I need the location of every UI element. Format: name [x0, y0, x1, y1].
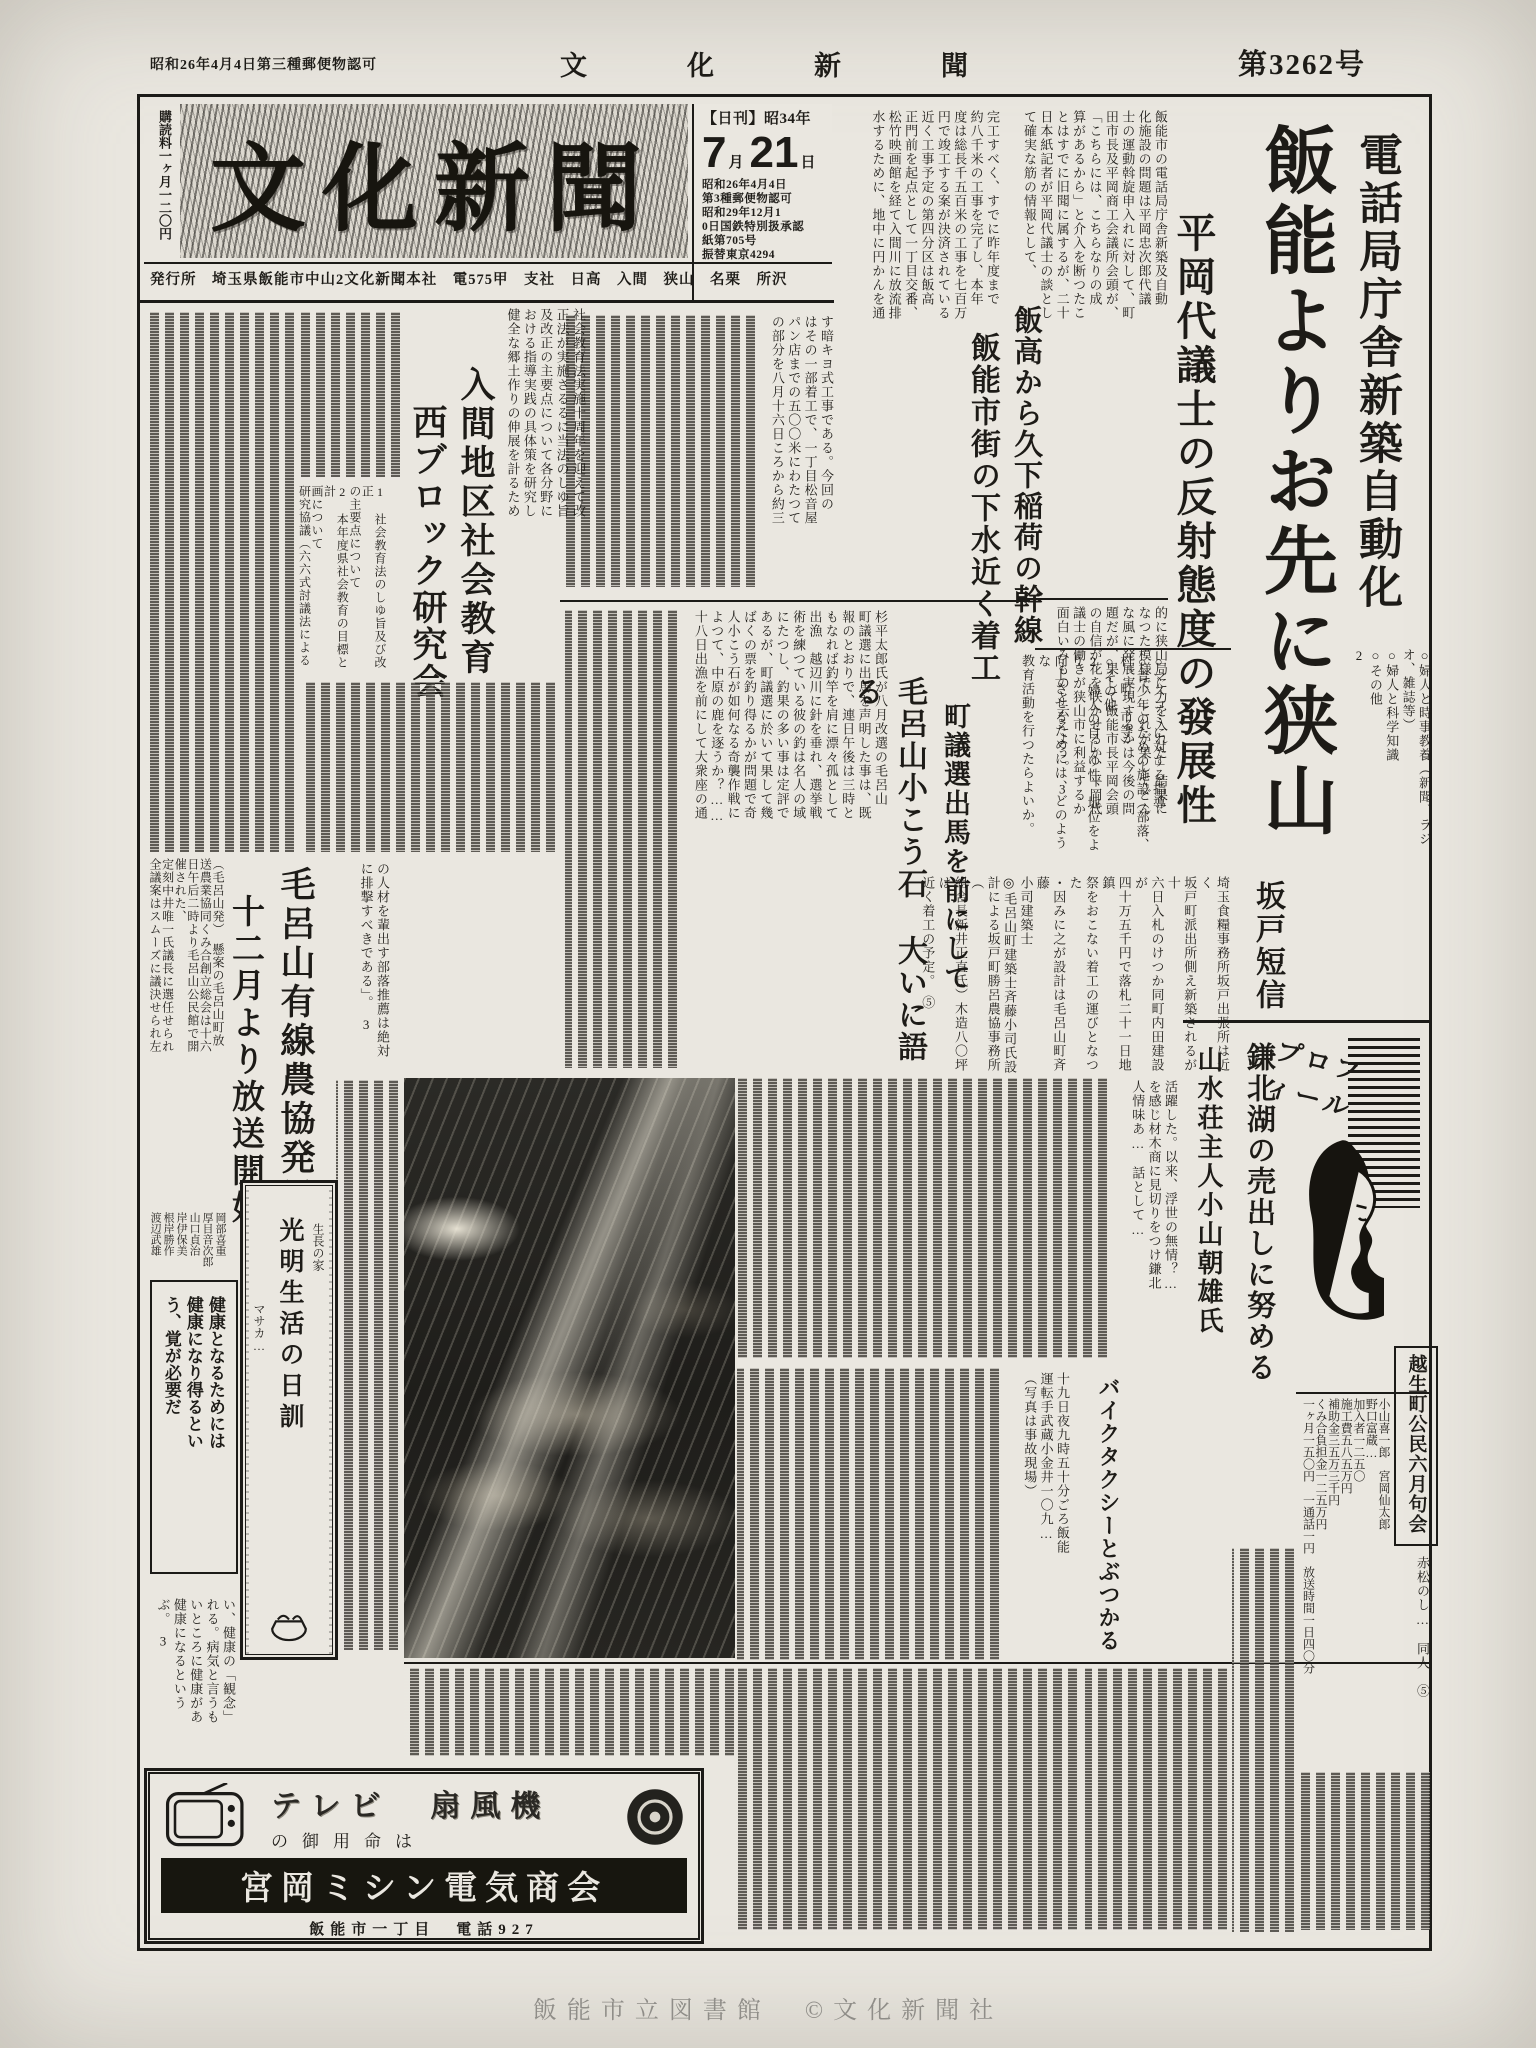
masthead-logo-text: 文化新聞 [210, 113, 658, 250]
ad-top-row: テレビ 扇風機 の御用命は [161, 1781, 687, 1852]
kenko-title: 健康となるためには 健康になり得るとい う、覚が必要だ [158, 1296, 226, 1556]
fine-print-columns [1232, 1548, 1294, 1932]
sakado-headline: 坂戸短信 [1243, 880, 1289, 1020]
lead-kicker: 電話局庁舎新築自動化 [1352, 132, 1408, 637]
komyo-seikatsu-box: 光明生活の日訓 生長の家 マサカ… [240, 1180, 338, 1660]
issue-date: 7 月 21 日 [702, 128, 824, 178]
fine-print-columns [1085, 1668, 1227, 1930]
publisher-line: 発行所 埼玉県飯能市中山2文化新聞本社 電575甲 支社 日高 入間 狭山 名栗… [150, 268, 834, 294]
kenko-fragments: い、健康の「観念」 れる。病気と言うも いところに健康があ 健康になるという ぶ… [150, 1598, 236, 1758]
ad-address: 飯能市一丁目 電話927 [161, 1918, 687, 1939]
fine-print-columns [336, 1080, 398, 1650]
kenkyukai-agenda-right: ○婦人と時事教養（新聞、ラジ オ、雑誌等） ○婦人と科学知識 ○その他 2 [1348, 648, 1432, 1020]
daily-label: 【日刊】昭34年 [702, 110, 824, 128]
ad-slogan: の御用命は [271, 1827, 550, 1852]
kenkyukai-agenda: 1 社会教育法のしゆ旨及び改正 の主要点について 2 本年度県社会教育の目標と計… [298, 485, 386, 673]
tv-illustration [161, 1783, 257, 1851]
woman-profile-illustration [1274, 1128, 1424, 1328]
registration-notes: 昭和26年4月4日 第3種郵便物認可 昭和29年12月1 0日国鉄特別扱承認 紙… [702, 178, 824, 262]
accident-scene-photo [404, 1078, 735, 1658]
kenkyukai-headline-1: 入間地区社会教育 [452, 366, 500, 704]
bike-body-fragments: 十九日夜九時五十分ごろ飯能 運転手武蔵小金井一〇九… （写真は事故現場） [1012, 1372, 1070, 1662]
sewer-body: 完工すべく、すでに昨年度まで 約八千米の工事を完了し、本年 度は総長千五百米の工… [840, 110, 1000, 592]
fine-print-columns [300, 682, 555, 852]
fine-print-columns [737, 1668, 1077, 1930]
fine-print-columns [146, 312, 294, 852]
kenko-box: 健康となるためには 健康になり得るとい う、覚が必要だ [150, 1280, 238, 1574]
postal-permit-line: 昭和26年4月4日第三種郵便物認可 [150, 54, 490, 80]
ogose-headline: 越生町公民六月句会 [1403, 1354, 1430, 1538]
kamakita-body-fragments: 活躍した。以来、浮世の無情？… を感じ材木商に見切りをつけ鎌北 人情味あ… 話と… [1116, 1080, 1178, 1360]
sewer-body-continued: す暗キヨ式工事である。今回の はその一部着工で、一丁目松音屋 パン店までの五〇〇… [762, 315, 834, 587]
day-unit: 日 [800, 151, 815, 172]
kamakita-subhead: 山水荘主人小山朝雄氏 [1186, 1046, 1228, 1378]
kenkyukai-agenda-continued: ○マスコミに対する指導 ○青少年のための施設（部落、 村、町、市等） ○その他 … [1044, 654, 1166, 852]
sewing-machine-wheel-icon [623, 1785, 687, 1849]
fine-print-columns [404, 1668, 734, 1756]
rule [144, 262, 832, 264]
lead-headline: 飯能よりお先に狭山 [1243, 122, 1347, 864]
profile-feature-box: プロフィール [1270, 1032, 1428, 1332]
day-number: 21 [750, 128, 799, 178]
fine-print-columns [737, 1078, 1107, 1358]
bike-headline: バイクタクシーとぶつかる [1082, 1376, 1124, 1662]
rule [1035, 648, 1231, 650]
koseki-body: 杉平太郎氏が八月改選の毛呂山 町議選に出馬を声明した事は、既 報のとおりで、連日… [686, 610, 888, 1070]
rule [137, 94, 1432, 97]
masthead-logo: 文化新聞 [180, 104, 688, 258]
fine-print-columns [565, 315, 755, 587]
sewer-kicker: 飯高から久下稲荷の幹線 [1003, 305, 1047, 659]
ad-products: テレビ 扇風機 [271, 1781, 550, 1825]
month-number: 7 [702, 128, 726, 178]
fine-print-columns [1296, 1772, 1430, 1930]
month-unit: 月 [728, 151, 743, 172]
fine-print-columns [565, 610, 677, 1068]
fine-print-columns [300, 312, 400, 477]
kenkyukai-intro: 社会教育法実施十周年を迎えて改 正法が実施さるるに当法のしゆ旨 及改正の主要点に… [498, 308, 586, 600]
issue-number: 第3262号 [1238, 42, 1438, 82]
paper-name-top: 文化新聞 [560, 44, 990, 84]
miyaoka-ad: テレビ 扇風機 の御用命は 宮岡ミシン電気商会 飯能市一丁目 電話927 [144, 1768, 704, 1944]
komyo-side-right: 生長の家 [310, 1223, 327, 1343]
komyo-title: 光明生活の日訓 [271, 1217, 307, 1537]
newspaper-page: 昭和26年4月4日第三種郵便物認可 文化新聞 第3262号 購読料一ヶ月一二〇円… [0, 0, 1536, 2048]
library-credit: 飯能市立図書館 ©文化新聞社 [0, 1990, 1536, 2025]
teapot-illustration [261, 1607, 317, 1647]
rule [1183, 1020, 1432, 1023]
rule [137, 1948, 1432, 1951]
fine-print-columns [737, 1368, 999, 1660]
moroyama-body: （毛呂山発） 懸案の毛呂山町放 送農業協同くみ合創立総会は十六 日午后二時より毛… [146, 858, 224, 1258]
ogose-kukai-box: 越生町公民六月句会 [1394, 1346, 1438, 1546]
moroyama-broadcast-details: 小山喜一郎 宮岡仙太郎 野口富蔵… 加入者一二五〇 施工費五八五万円 補助金三五… [1298, 1398, 1390, 1758]
rule [137, 300, 834, 303]
rule [137, 94, 140, 1951]
komyo-side-left: マサカ… [251, 1303, 268, 1423]
rule [560, 600, 1030, 602]
lead-subhead: 平岡代議士の反射態度の發展性 [1170, 212, 1222, 862]
ad-shop-name: 宮岡ミシン電気商会 [161, 1858, 687, 1913]
